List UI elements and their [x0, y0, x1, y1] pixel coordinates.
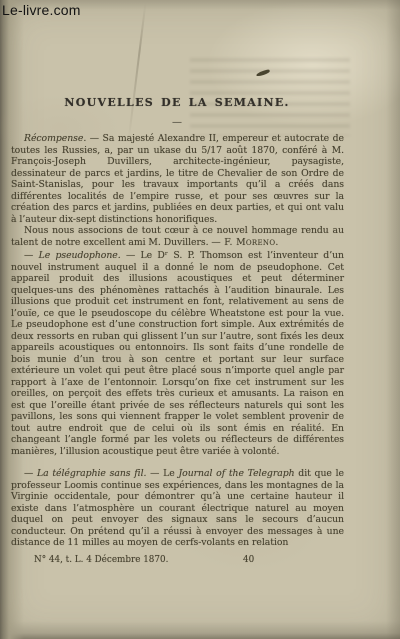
- page-title: NOUVELLES DE LA SEMAINE.: [12, 96, 342, 109]
- paragraph-hommage: Nous nous associons de tout cœur à ce no…: [11, 225, 344, 248]
- paragraph-signature: — F. Moreno.: [211, 237, 278, 248]
- paragraph-lead: Récompense.: [24, 133, 86, 144]
- paragraph-text: — Le: [146, 468, 178, 479]
- paragraph-text: — Le Dʳ S. P. Thomson est l’inventeur d’…: [11, 250, 344, 457]
- journal-title: Journal of the Telegraph: [178, 468, 294, 479]
- scanned-page: Le-livre.com NOUVELLES DE LA SEMAINE. — …: [0, 0, 400, 639]
- page-footer: N° 44, t. L. 4 Décembre 1870. 40: [11, 555, 344, 569]
- paragraph-recompense: Récompense. — Sa majesté Alexandre II, e…: [11, 133, 344, 225]
- paragraph-telegraphie: — La télégraphie sans fil. — Le Journal …: [11, 468, 344, 549]
- paragraph-pseudophone: — Le pseudophone. — Le Dʳ S. P. Thomson …: [11, 250, 344, 457]
- footer-issue: N° 44, t. L. 4 Décembre 1870.: [34, 555, 168, 565]
- article-body: Récompense. — Sa majesté Alexandre II, e…: [11, 133, 344, 549]
- paragraph-text: Nous nous associons de tout cœur à ce no…: [11, 225, 344, 248]
- paragraph-text: — Sa majesté Alexandre II, empereur et a…: [11, 133, 344, 225]
- watermark-text: Le-livre.com: [2, 2, 81, 18]
- footer-page-number: 40: [243, 555, 254, 565]
- paragraph-lead: — La télégraphie sans fil.: [24, 468, 146, 479]
- paragraph-text: dit que le professeur Loomis continue se…: [11, 468, 344, 548]
- title-dash: —: [12, 117, 342, 128]
- paragraph-lead: — Le pseudophone.: [24, 250, 121, 261]
